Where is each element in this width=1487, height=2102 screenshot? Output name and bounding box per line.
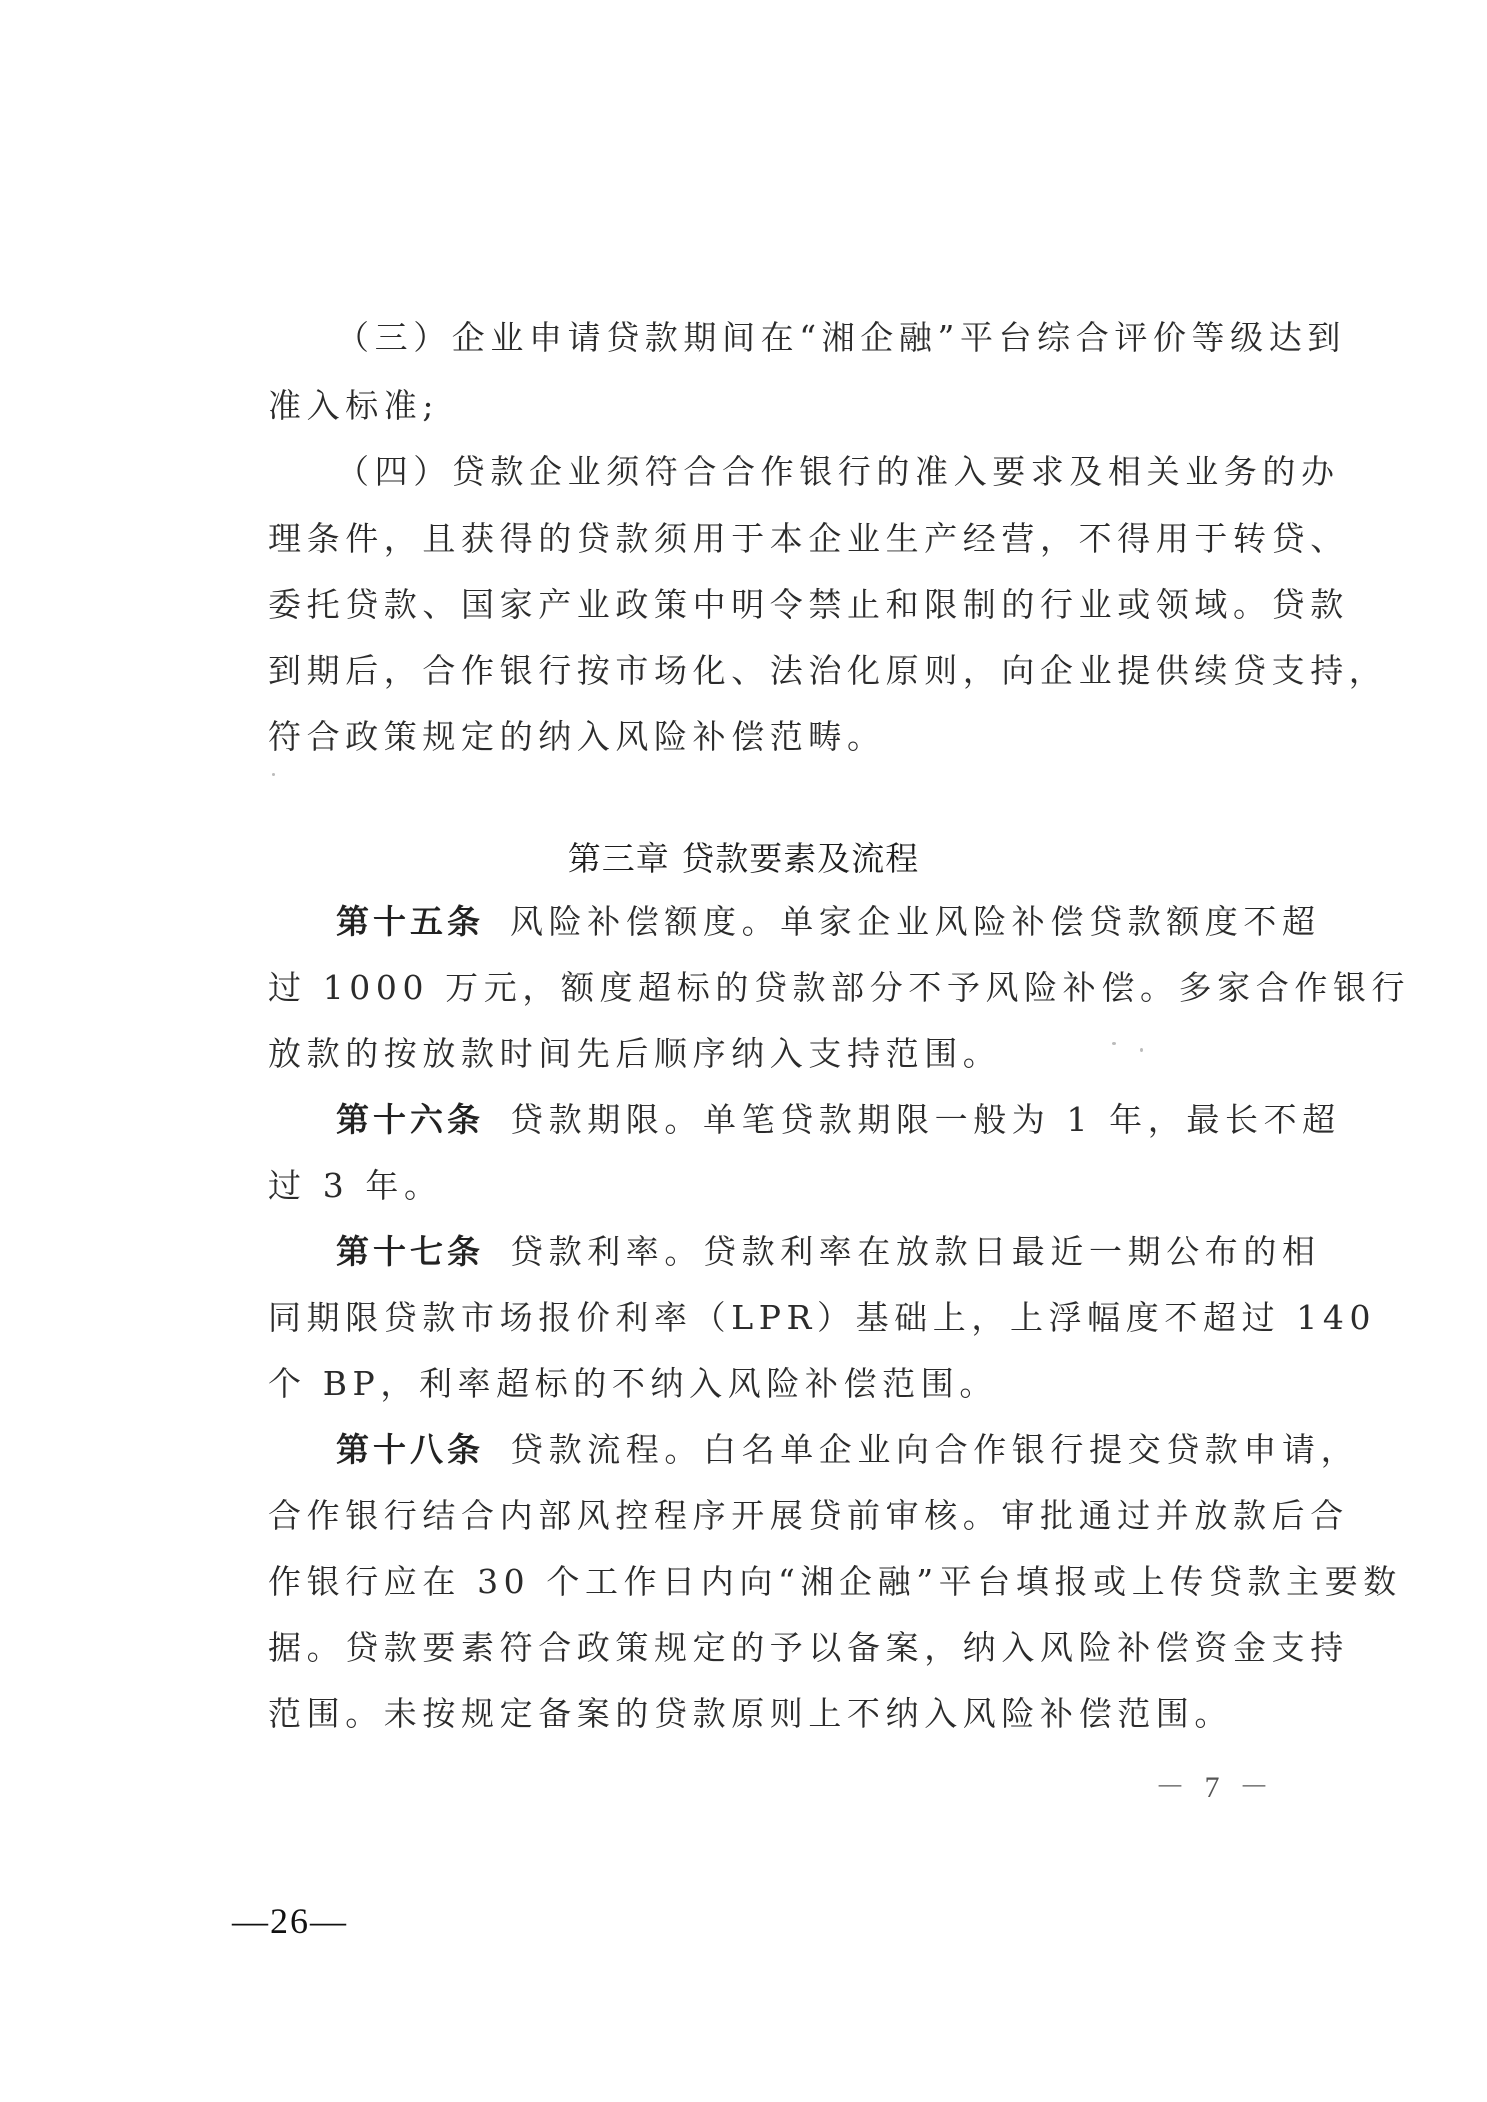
article-18-text: 贷款流程。白名单企业向合作银行提交贷款申请，: [510, 1430, 1359, 1469]
article-17-text: 贷款利率。贷款利率在放款日最近一期公布的相: [510, 1232, 1321, 1271]
paragraph-item4-line1: （四）贷款企业须符合合作银行的准入要求及相关业务的办: [336, 452, 1243, 492]
article-16-number: 第十六条: [336, 1100, 484, 1139]
paragraph-item3-line2: 准入标准;: [268, 386, 1243, 426]
paragraph-item4-line4: 到期后，合作银行按市场化、法治化原则，向企业提供续贷支持，: [268, 651, 1243, 691]
article-15-text: 风险补偿额度。单家企业风险补偿贷款额度不超: [510, 902, 1321, 941]
article-15-line3: 放款的按放款时间先后顺序纳入支持范围。: [268, 1034, 1243, 1074]
article-16-line2: 过 3 年。: [268, 1166, 1243, 1206]
article-15-number: 第十五条: [336, 902, 484, 941]
article-16-text: 贷款期限。单笔贷款期限一般为 1 年，最长不超: [510, 1100, 1341, 1139]
article-15-line1: 第十五条风险补偿额度。单家企业风险补偿贷款额度不超: [336, 902, 1243, 942]
article-18-line3: 作银行应在 30 个工作日内向“湘企融”平台填报或上传贷款主要数: [268, 1562, 1243, 1602]
outer-page-number: —26—: [232, 1900, 348, 1942]
document-page: （三）企业申请贷款期间在“湘企融”平台综合评价等级达到 准入标准; （四）贷款企…: [0, 0, 1487, 2102]
article-17-line2: 同期限贷款市场报价利率（LPR）基础上，上浮幅度不超过 140: [268, 1298, 1243, 1338]
paragraph-item4-line3: 委托贷款、国家产业政策中明令禁止和限制的行业或领域。贷款: [268, 585, 1243, 625]
paragraph-item4-line5: 符合政策规定的纳入风险补偿范畴。: [268, 717, 1243, 757]
article-15-line2: 过 1000 万元，额度超标的贷款部分不予风险补偿。多家合作银行: [268, 968, 1243, 1008]
inner-page-number: － 7 －: [1155, 1762, 1275, 1806]
paragraph-item3-line1: （三）企业申请贷款期间在“湘企融”平台综合评价等级达到: [336, 318, 1243, 358]
article-18-line4: 据。贷款要素符合政策规定的予以备案，纳入风险补偿资金支持: [268, 1628, 1243, 1668]
scan-speck: [895, 1049, 897, 1051]
article-17-number: 第十七条: [336, 1232, 484, 1271]
article-18-line2: 合作银行结合内部风控程序开展贷前审核。审批通过并放款后合: [268, 1496, 1243, 1536]
paragraph-item4-line2: 理条件，且获得的贷款须用于本企业生产经营，不得用于转贷、: [268, 519, 1243, 559]
chapter-title: 第三章 贷款要素及流程: [0, 833, 1487, 880]
scan-speck: [1140, 1048, 1143, 1052]
article-18-line5: 范围。未按规定备案的贷款原则上不纳入风险补偿范围。: [268, 1694, 1243, 1734]
article-16-line1: 第十六条贷款期限。单笔贷款期限一般为 1 年，最长不超: [336, 1100, 1243, 1140]
scan-speck: [1112, 1042, 1116, 1045]
article-17-line1: 第十七条贷款利率。贷款利率在放款日最近一期公布的相: [336, 1232, 1243, 1272]
article-18-number: 第十八条: [336, 1430, 484, 1469]
article-18-line1: 第十八条贷款流程。白名单企业向合作银行提交贷款申请，: [336, 1430, 1243, 1470]
article-17-line3: 个 BP，利率超标的不纳入风险补偿范围。: [268, 1364, 1243, 1404]
scan-speck: [272, 773, 275, 776]
